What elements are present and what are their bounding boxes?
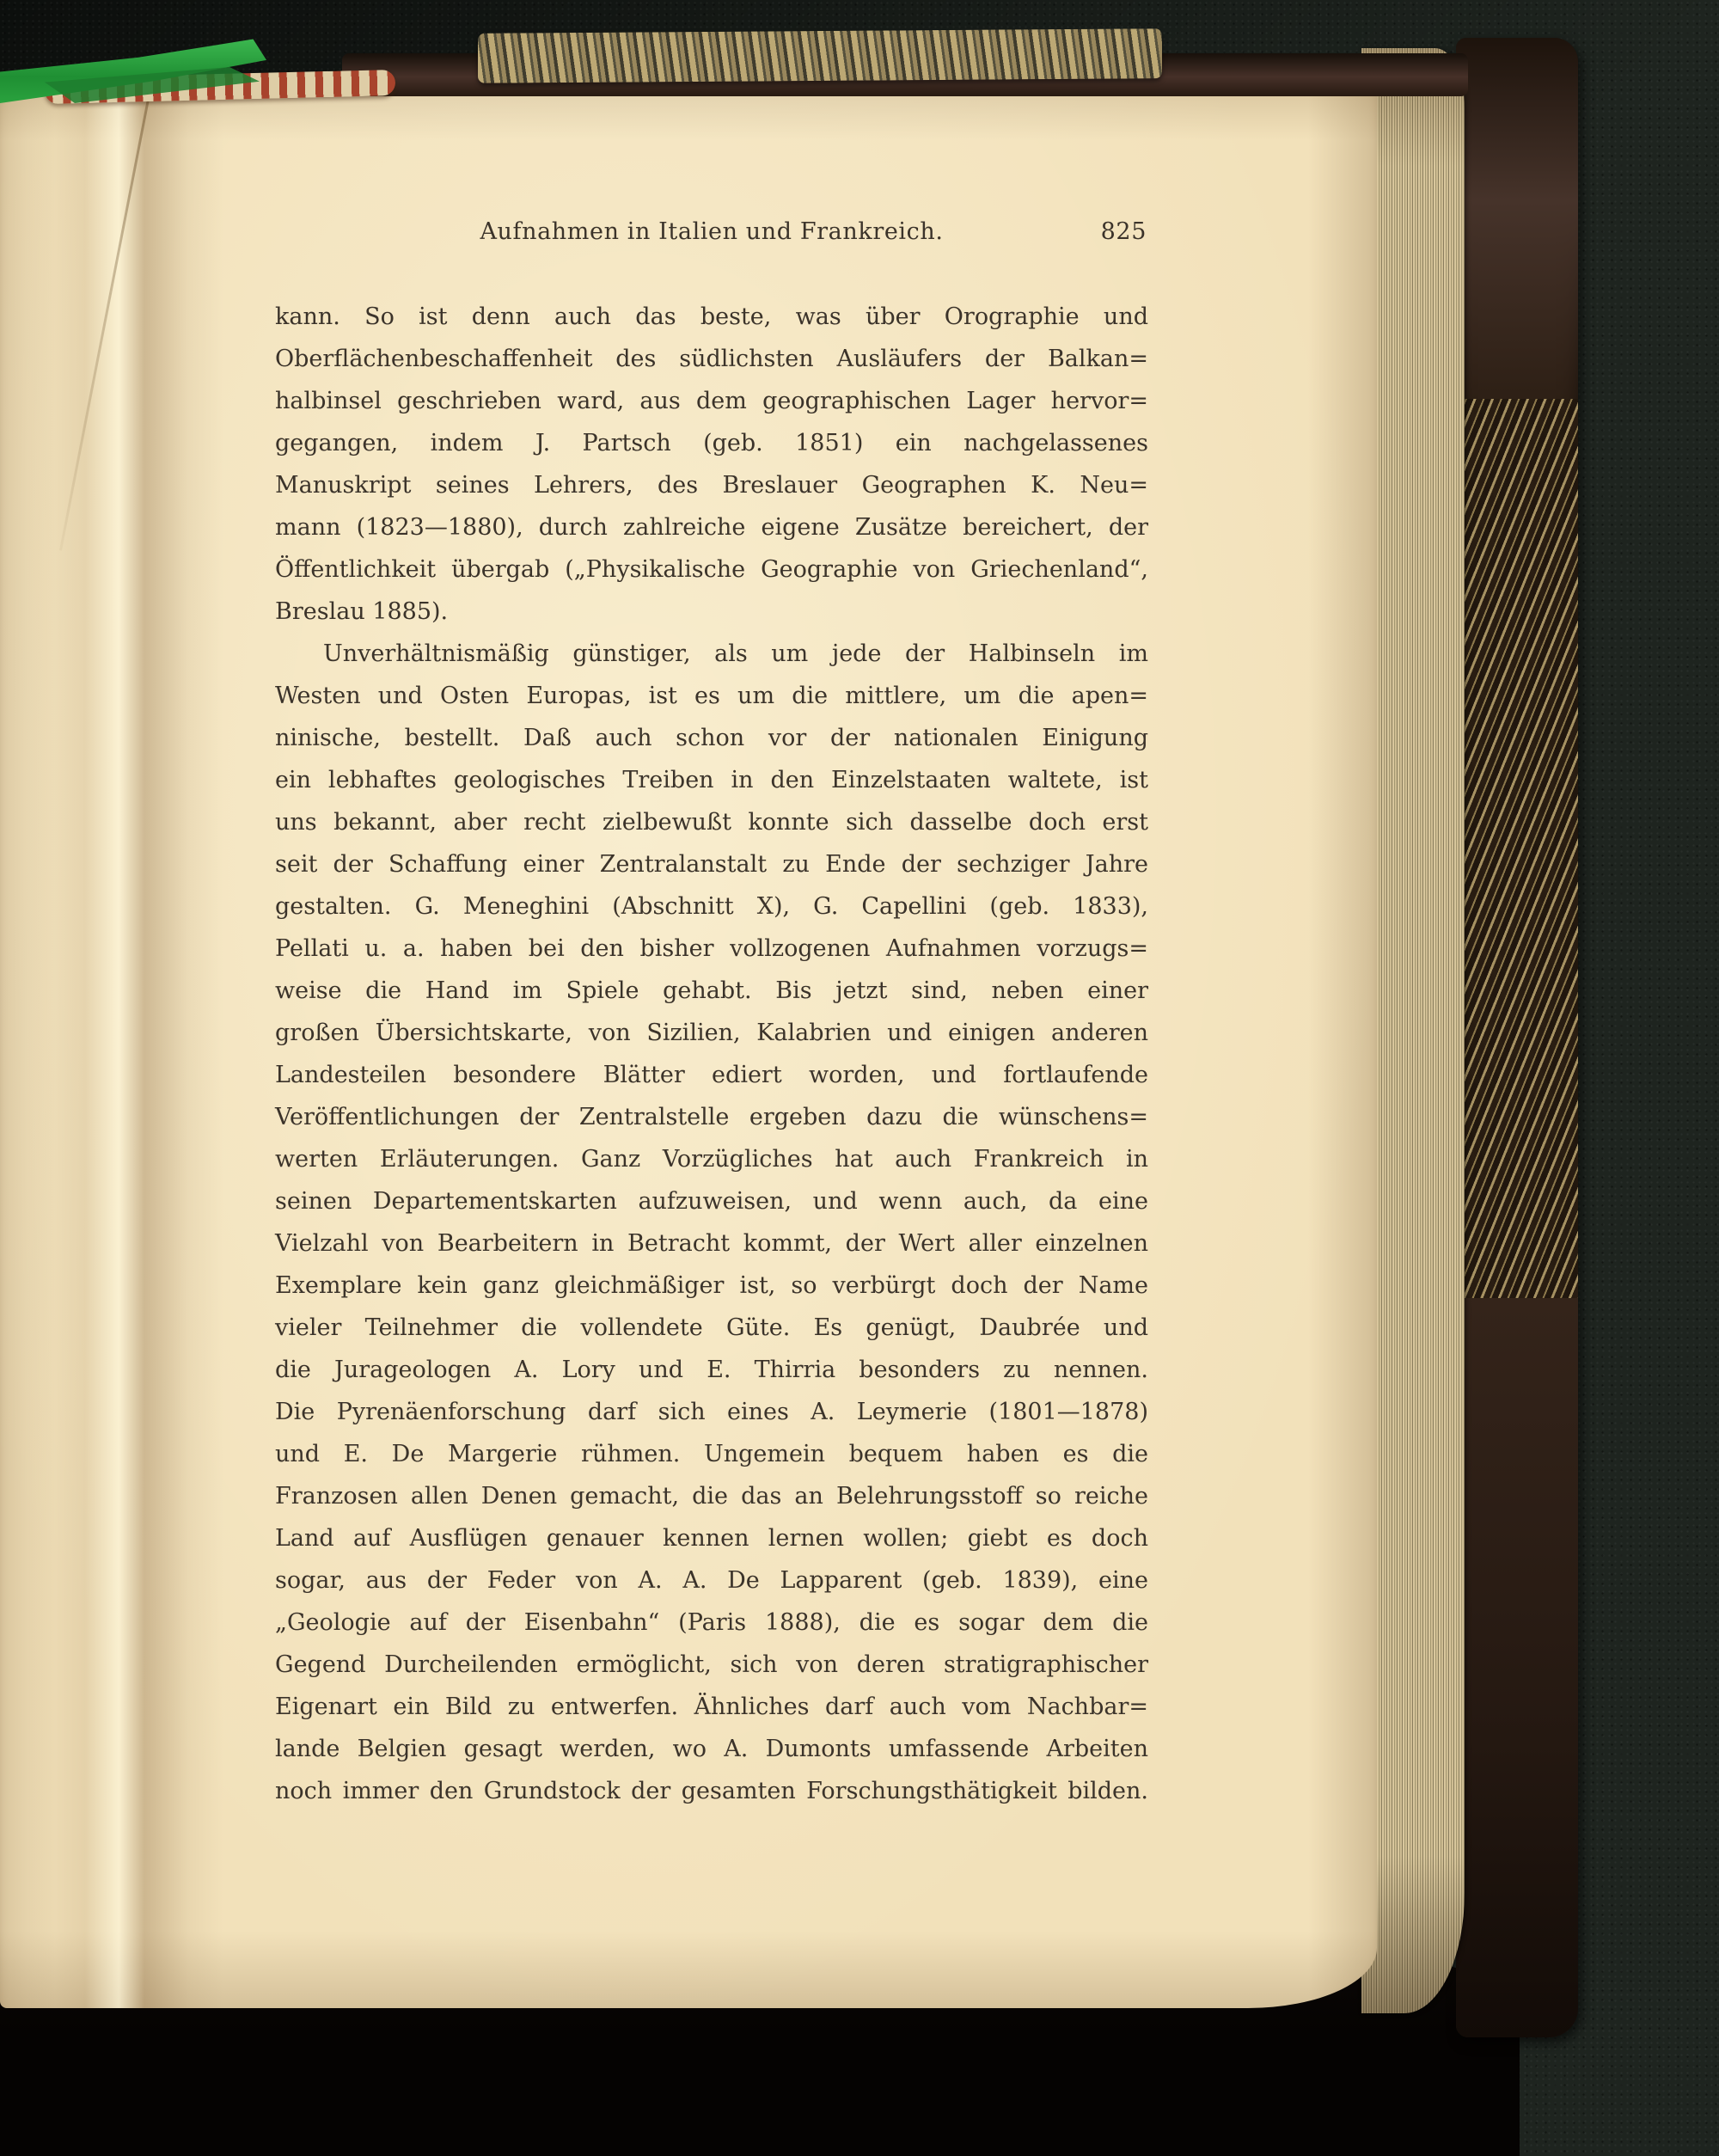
text-line: Veröffentlichungen der Zentralstelle erg…	[275, 1096, 1148, 1138]
text-line: seit der Schaffung einer Zentralanstalt …	[275, 843, 1148, 885]
text-line: Unverhältnismäßig günstiger, als um jede…	[275, 633, 1148, 675]
text-line: Westen und Osten Europas, ist es um die …	[275, 675, 1148, 717]
running-header: Aufnahmen in Italien und Frankreich. 825	[275, 218, 1148, 258]
text-line: Öffentlichkeit übergab („Physikalische G…	[275, 548, 1148, 591]
text-line: mann (1823—1880), durch zahlreiche eigen…	[275, 506, 1148, 548]
gutter-fold	[26, 83, 223, 2008]
cover-leather-top	[1456, 38, 1578, 399]
text-line: gegangen, indem J. Partsch (geb. 1851) e…	[275, 422, 1148, 464]
text-line: Die Pyrenäenforschung darf sich eines A.…	[275, 1391, 1148, 1433]
text-line: werten Erläuterungen. Ganz Vorzügliches …	[275, 1138, 1148, 1180]
book-cover-edge	[1456, 38, 1578, 2037]
book-photo: Aufnahmen in Italien und Frankreich. 825…	[0, 0, 1719, 2156]
text-line: gestalten. G. Meneghini (Abschnitt X), G…	[275, 885, 1148, 928]
running-title: Aufnahmen in Italien und Frankreich.	[275, 218, 1148, 245]
text-line: die Jurageologen A. Lory und E. Thirria …	[275, 1349, 1148, 1391]
text-line: Land auf Ausflügen genauer kennen lernen…	[275, 1517, 1148, 1559]
text-line: noch immer den Grundstock der gesamten F…	[275, 1770, 1148, 1812]
text-line: halbinsel geschrieben ward, aus dem geog…	[275, 380, 1148, 422]
text-line: Exemplare kein ganz gleichmäßiger ist, s…	[275, 1265, 1148, 1307]
text-line: ninische, bestellt. Daß auch schon vor d…	[275, 717, 1148, 759]
text-line: uns bekannt, aber recht zielbewußt konnt…	[275, 801, 1148, 843]
text-line: Manuskript seines Lehrers, des Breslauer…	[275, 464, 1148, 506]
text-line: Oberflächenbeschaffenheit des südlichste…	[275, 338, 1148, 380]
text-line: Pellati u. a. haben bei den bisher vollz…	[275, 928, 1148, 970]
text-line: seinen Departementskarten aufzuweisen, u…	[275, 1180, 1148, 1222]
text-line: Gegend Durcheilenden ermöglicht, sich vo…	[275, 1644, 1148, 1686]
text-line: „Geologie auf der Eisenbahn“ (Paris 1888…	[275, 1602, 1148, 1644]
text-line: kann. So ist denn auch das beste, was üb…	[275, 296, 1148, 338]
cover-marbled-pattern	[1456, 399, 1578, 1298]
text-line: großen Übersichtskarte, von Sizilien, Ka…	[275, 1012, 1148, 1054]
text-line: Eigenart ein Bild zu entwerfen. Ähnliche…	[275, 1686, 1148, 1728]
text-line: lande Belgien gesagt werden, wo A. Dumon…	[275, 1728, 1148, 1770]
text-line: Vielzahl von Bearbeitern in Betracht kom…	[275, 1222, 1148, 1265]
text-line: und E. De Margerie rühmen. Ungemein bequ…	[275, 1433, 1148, 1475]
text-line: Franzosen allen Denen gemacht, die das a…	[275, 1475, 1148, 1517]
text-line: vieler Teilnehmer die vollendete Güte. E…	[275, 1307, 1148, 1349]
cover-leather-bottom	[1456, 1298, 1578, 2037]
gilt-edge-band	[478, 28, 1162, 83]
text-line: ein lebhaftes geologisches Treiben in de…	[275, 759, 1148, 801]
page-stack-fore-edge	[1361, 48, 1465, 2013]
text-line: weise die Hand im Spiele gehabt. Bis jet…	[275, 970, 1148, 1012]
text-line: Landesteilen besondere Blätter ediert wo…	[275, 1054, 1148, 1096]
page-number: 825	[1101, 218, 1147, 245]
text-line: sogar, aus der Feder von A. A. De Lappar…	[275, 1559, 1148, 1602]
text-line: Breslau 1885).	[275, 591, 1148, 633]
page-text: kann. So ist denn auch das beste, was üb…	[275, 296, 1148, 1812]
